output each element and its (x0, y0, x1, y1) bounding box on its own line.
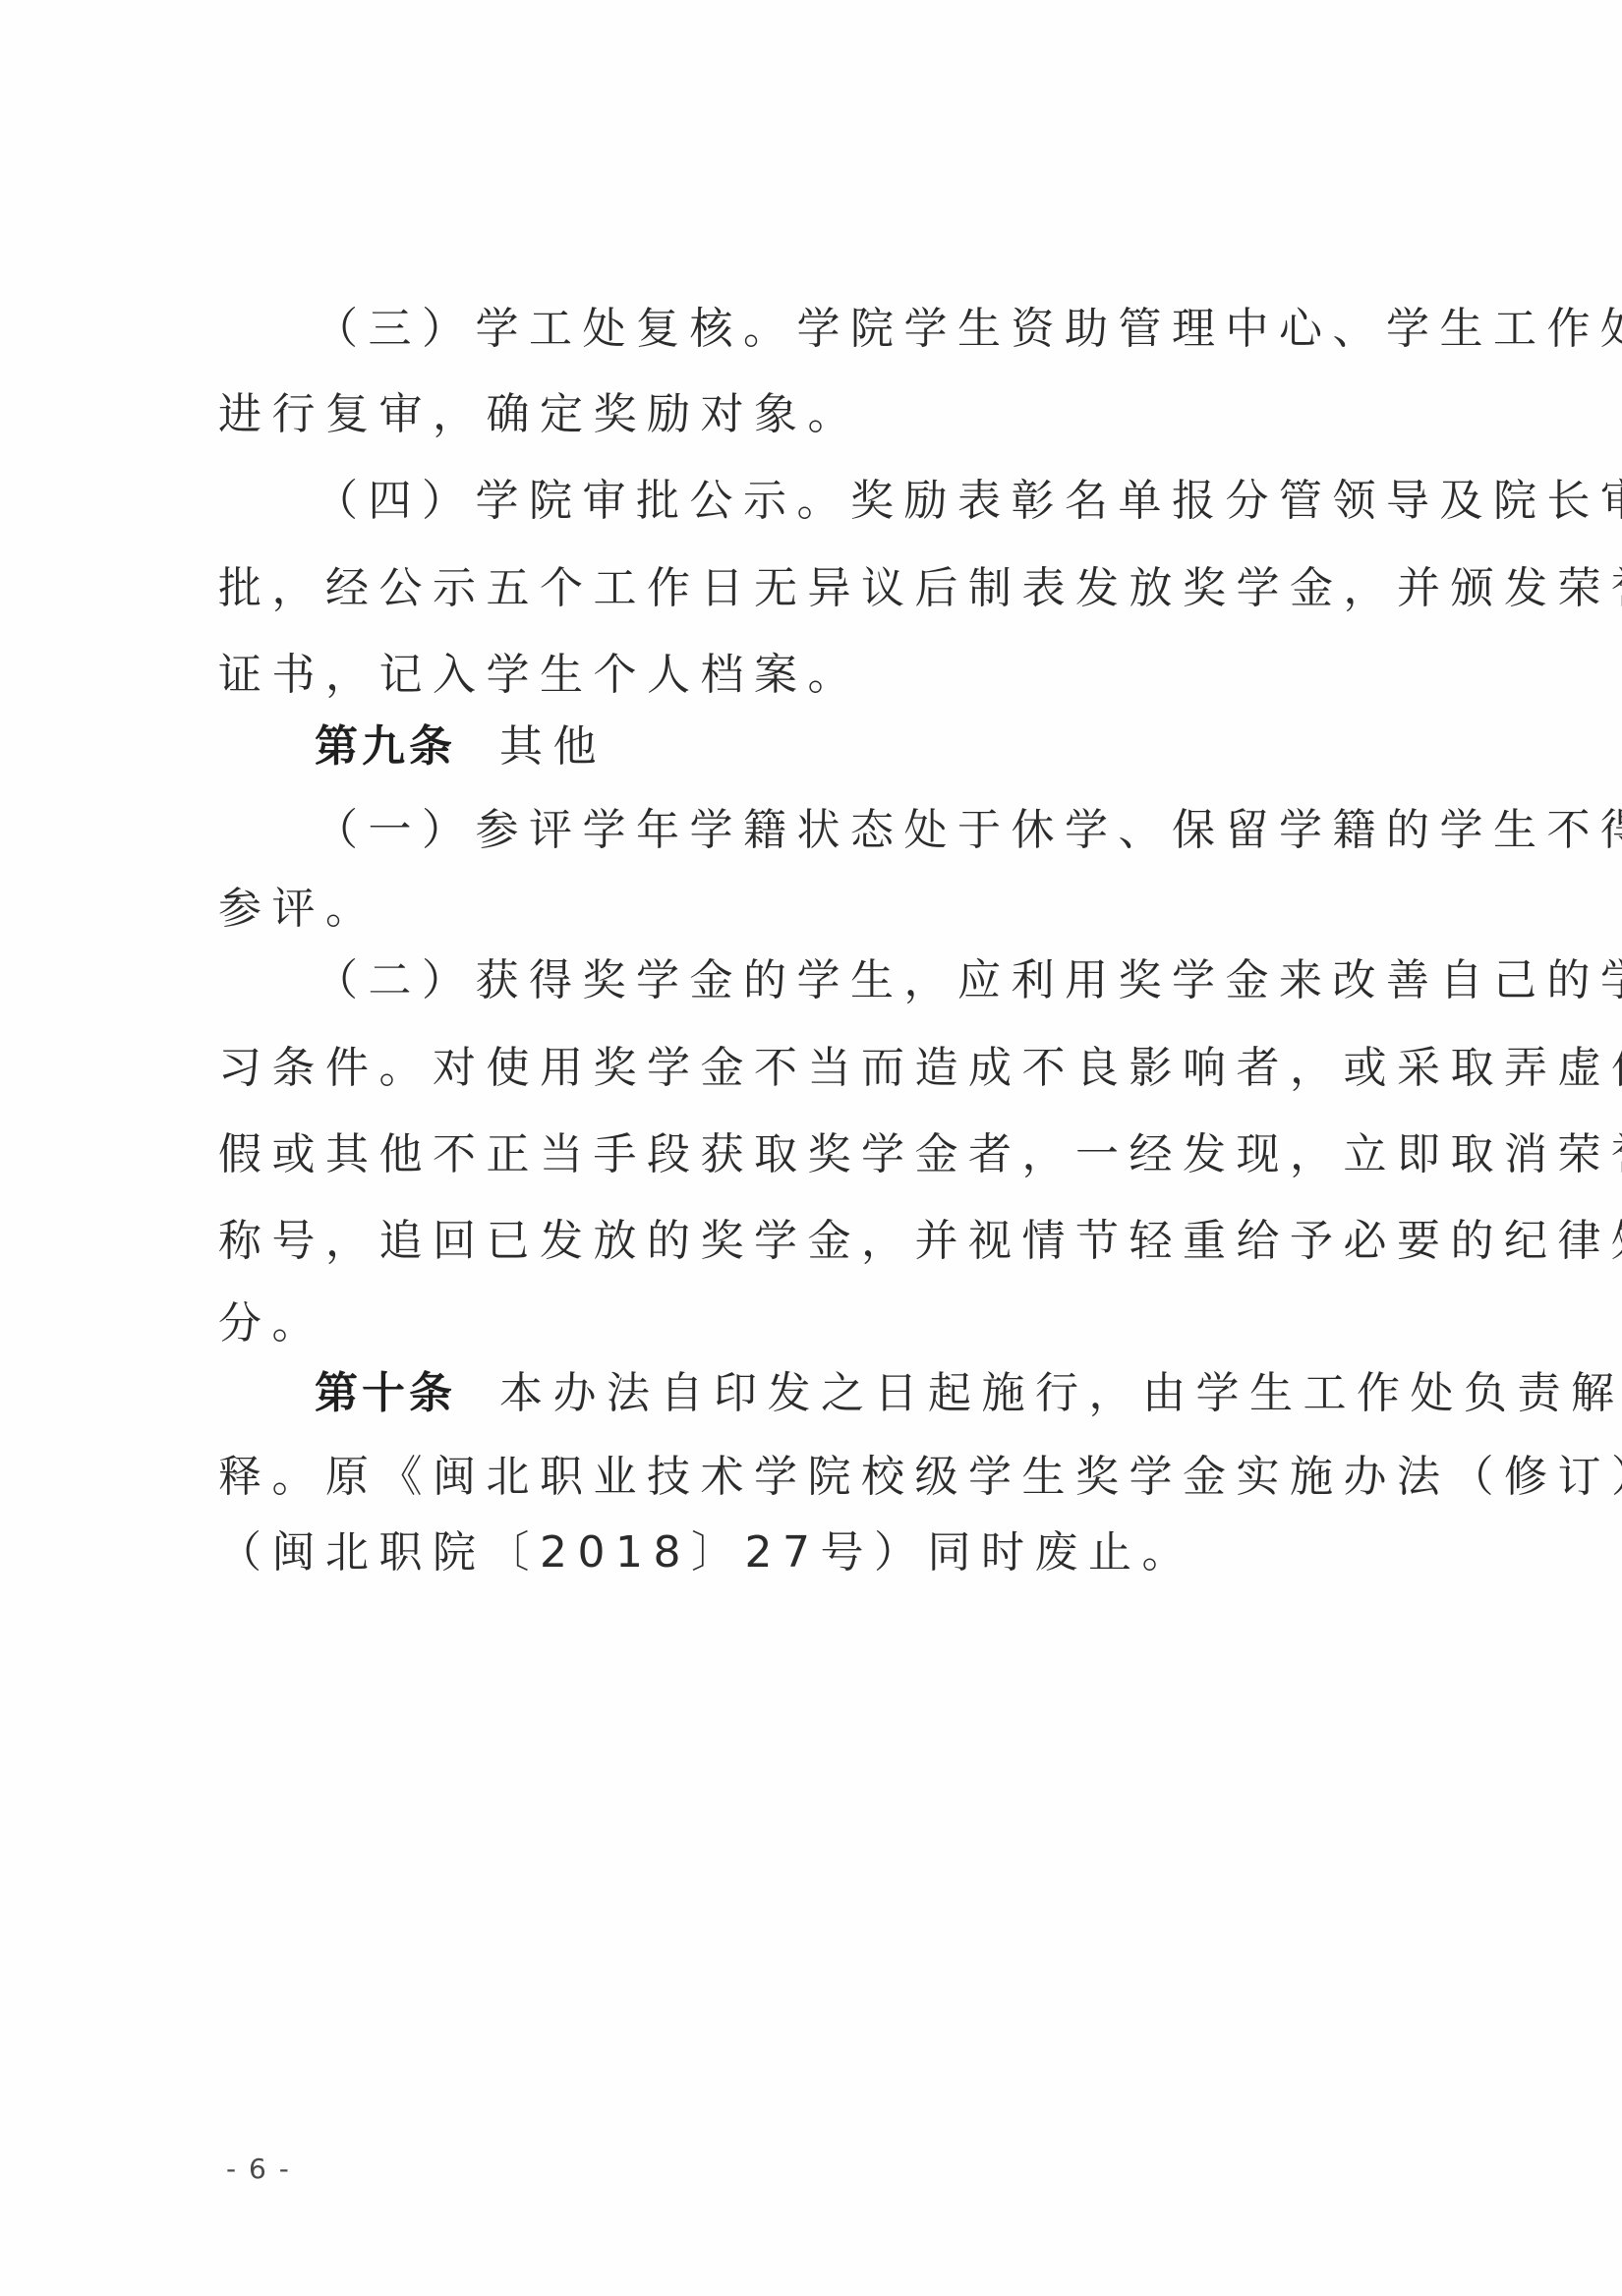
article-9-heading-line: 第九条其他 (315, 717, 607, 776)
article-10-line-2: 释。原《闽北职业技术学院校级学生奖学金实施办法（修订）》 (218, 1448, 1622, 1507)
article-10-heading: 第十条 (315, 1368, 456, 1418)
page-number: - 6 - (226, 2152, 291, 2185)
article-9-item-2-line-3: 假或其他不正当手段获取奖学金者，一经发现，立即取消荣誉 (218, 1125, 1622, 1184)
paragraph-item-3-line-1: （三）学工处复核。学院学生资助管理中心、学生工作处 (315, 300, 1622, 359)
paragraph-item-4-line-3: 证书，记入学生个人档案。 (218, 646, 861, 705)
article-10-line-3: （闽北职院〔2018〕27号）同时废止。 (218, 1523, 1195, 1582)
paragraph-item-4-line-1: （四）学院审批公示。奖励表彰名单报分管领导及院长审 (315, 472, 1622, 531)
article-9-item-2-line-5: 分。 (218, 1294, 325, 1353)
article-9-title: 其他 (499, 721, 607, 772)
article-9-item-2-line-1: （二）获得奖学金的学生，应利用奖学金来改善自己的学 (315, 951, 1622, 1010)
article-9-item-1-line-2: 参评。 (218, 880, 379, 939)
article-9-item-2-line-4: 称号，追回已发放的奖学金，并视情节轻重给予必要的纪律处 (218, 1212, 1622, 1271)
document-page: （三）学工处复核。学院学生资助管理中心、学生工作处 进行复审，确定奖励对象。 （… (0, 0, 1622, 2296)
article-9-heading: 第九条 (315, 721, 456, 772)
paragraph-item-4-line-2: 批，经公示五个工作日无异议后制表发放奖学金，并颁发荣誉 (218, 559, 1622, 618)
article-9-item-2-line-2: 习条件。对使用奖学金不当而造成不良影响者，或采取弄虚作 (218, 1039, 1622, 1098)
article-10-line-1: 第十条本办法自印发之日起施行，由学生工作处负责解 (315, 1364, 1622, 1423)
article-9-item-1-line-1: （一）参评学年学籍状态处于休学、保留学籍的学生不得 (315, 801, 1622, 860)
paragraph-item-3-line-2: 进行复审，确定奖励对象。 (218, 385, 861, 444)
article-10-text: 本办法自印发之日起施行，由学生工作处负责解 (499, 1368, 1622, 1418)
